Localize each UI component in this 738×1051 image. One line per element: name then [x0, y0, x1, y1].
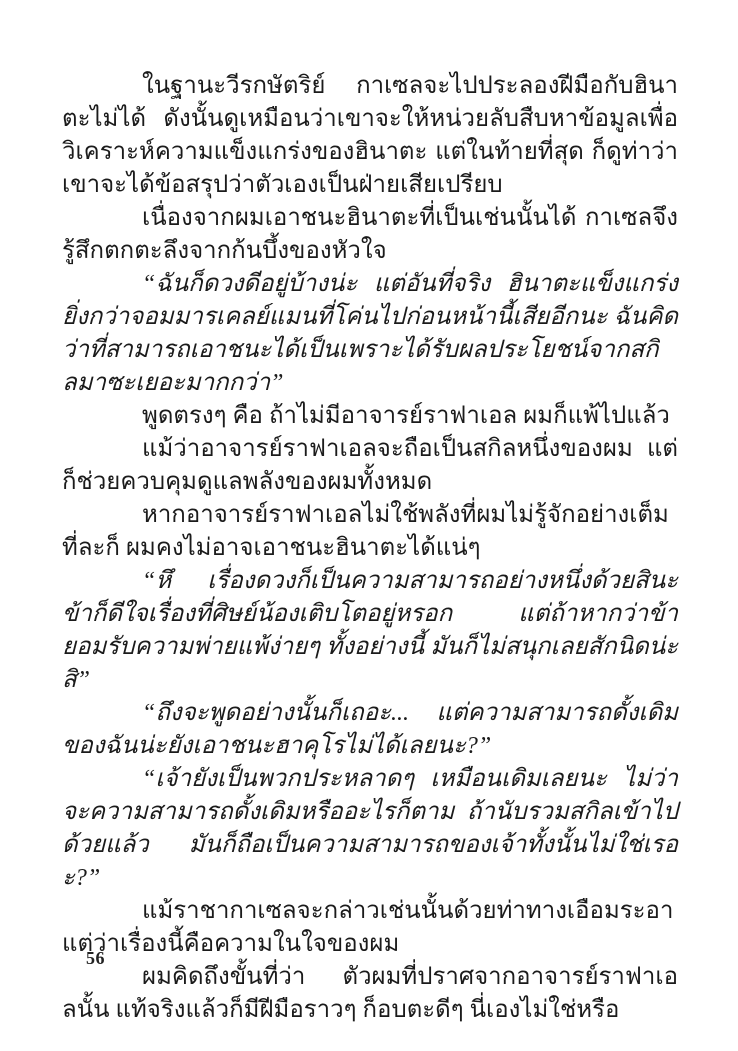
paragraph-dialogue: “หึ เรื่องดวงก็เป็นความสามารถอย่างหนึ่งด… [62, 565, 678, 697]
paragraph: พูดตรงๆ คือ ถ้าไม่มีอาจารย์ราฟาเอล ผมก็แ… [62, 400, 678, 433]
paragraph: ในฐานะวีรกษัตริย์ กาเซลจะไปประลองฝีมือกั… [62, 70, 678, 202]
paragraph: หากอาจารย์ราฟาเอลไม่ใช้พลังที่ผมไม่รู้จั… [62, 499, 678, 565]
paragraph: แม้ว่าอาจารย์ราฟาเอลจะถือเป็นสกิลหนึ่งขอ… [62, 433, 678, 499]
paragraph: แม้ราชากาเซลจะกล่าวเช่นนั้นด้วยท่าทางเอื… [62, 895, 678, 961]
paragraph-dialogue: “เจ้ายังเป็นพวกประหลาดๆ เหมือนเดิมเลยนะ … [62, 763, 678, 895]
paragraph-dialogue: “ถึงจะพูดอย่างนั้นก็เถอะ... แต่ความสามาร… [62, 697, 678, 763]
paragraph: ผมคิดถึงขั้นที่ว่า ตัวผมที่ปราศจากอาจารย… [62, 961, 678, 1027]
paragraph-dialogue: “ฉันก็ดวงดีอยู่บ้างน่ะ แต่อันที่จริง ฮิน… [62, 268, 678, 400]
paragraph: เนื่องจากผมเอาชนะฮินาตะที่เป็นเช่นนั้นได… [62, 202, 678, 268]
text-content: ในฐานะวีรกษัตริย์ กาเซลจะไปประลองฝีมือกั… [62, 70, 678, 1027]
book-page: ในฐานะวีรกษัตริย์ กาเซลจะไปประลองฝีมือกั… [0, 0, 738, 1051]
page-number: 56 [86, 948, 105, 969]
